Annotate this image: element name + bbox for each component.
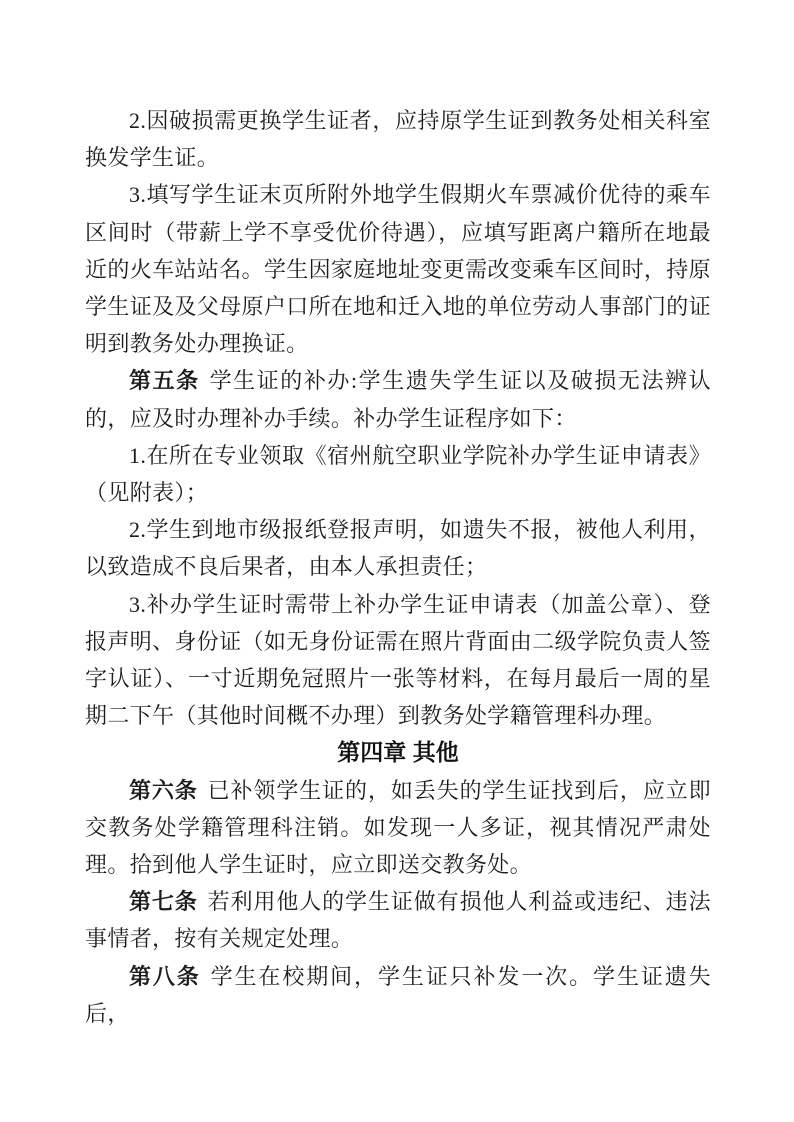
article-number: 第六条	[129, 778, 198, 803]
paragraph-procedure-1: 1.在所在专业领取《宿州航空职业学院补办学生证申请表》（见附表）；	[85, 437, 711, 511]
document-page: 2.因破损需更换学生证者，应持原学生证到教务处相关科室换发学生证。 3.填写学生…	[0, 0, 794, 1122]
article-number: 第八条	[129, 964, 201, 989]
paragraph-text: 2.因破损需更换学生证者，应持原学生证到教务处相关科室换发学生证。	[85, 108, 711, 170]
paragraph-article-5: 第五条学生证的补办:学生遗失学生证以及破损无法辨认的，应及时办理补办手续。补办学…	[85, 362, 711, 436]
paragraph-procedure-3: 3.补办学生证时需带上补办学生证申请表（加盖公章）、登报声明、身份证（如无身份证…	[85, 586, 711, 735]
paragraph-item-2: 2.因破损需更换学生证者，应持原学生证到教务处相关科室换发学生证。	[85, 102, 711, 176]
paragraph-text: 3.填写学生证末页所附外地学生假期火车票减价优待的乘车区间时（带薪上学不享受优价…	[85, 182, 711, 356]
paragraph-article-7: 第七条若利用他人的学生证做有损他人利益或违纪、违法事情者，按有关规定处理。	[85, 883, 711, 957]
article-number: 第七条	[129, 889, 198, 914]
paragraph-item-3: 3.填写学生证末页所附外地学生假期火车票减价优待的乘车区间时（带薪上学不享受优价…	[85, 176, 711, 362]
document-content: 2.因破损需更换学生证者，应持原学生证到教务处相关科室换发学生证。 3.填写学生…	[85, 102, 711, 1032]
paragraph-text: 1.在所在专业领取《宿州航空职业学院补办学生证申请表》（见附表）；	[85, 443, 711, 505]
chapter-heading: 第四章 其他	[85, 734, 711, 771]
paragraph-text: 3.补办学生证时需带上补办学生证申请表（加盖公章）、登报声明、身份证（如无身份证…	[85, 592, 711, 729]
paragraph-article-6: 第六条已补领学生证的，如丢失的学生证找到后，应立即交教务处学籍管理科注销。如发现…	[85, 772, 711, 884]
article-number: 第五条	[129, 368, 200, 393]
paragraph-article-8: 第八条学生在校期间，学生证只补发一次。学生证遗失后，	[85, 958, 711, 1032]
paragraph-procedure-2: 2.学生到地市级报纸登报声明，如遗失不报，被他人利用，以致造成不良后果者，由本人…	[85, 511, 711, 585]
paragraph-text: 2.学生到地市级报纸登报声明，如遗失不报，被他人利用，以致造成不良后果者，由本人…	[85, 517, 711, 579]
